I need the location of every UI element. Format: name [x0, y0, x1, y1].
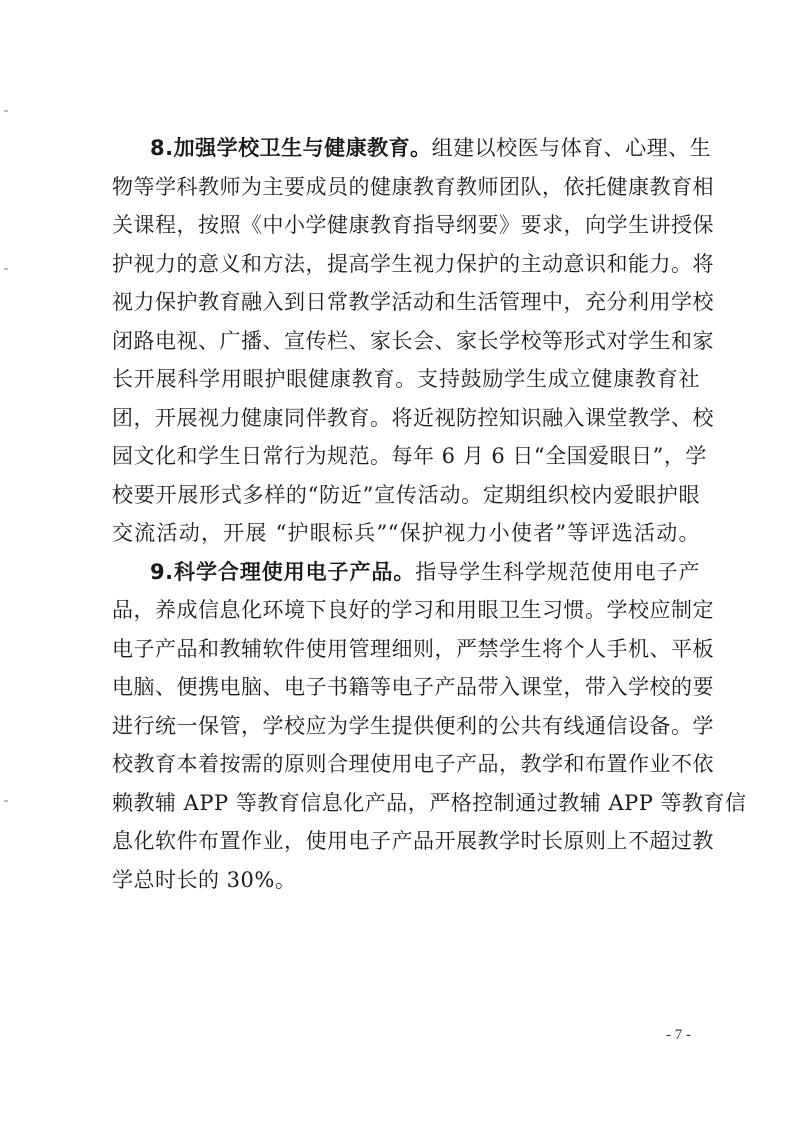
- paragraph-text: 指导学生科学规范使用电子产: [415, 560, 700, 584]
- section-heading: 9.科学合理使用电子产品。: [150, 560, 415, 584]
- page-number: - 7 -: [666, 1027, 691, 1044]
- paragraph-line: 息化软件布置作业，使用电子产品开展教学时长原则上不超过教: [112, 826, 700, 856]
- paragraph-line: 电脑、便携电脑、电子书籍等电子产品带入课堂，带入学校的要: [112, 672, 700, 702]
- paragraph-line: 园文化和学生日常行为规范。每年 6 月 6 日“全国爱眼日”，学: [112, 441, 700, 471]
- paragraph-line: 进行统一保管，学校应为学生提供便利的公共有线通信设备。学: [112, 711, 700, 741]
- document-page: 8.加强学校卫生与健康教育。组建以校医与体育、心理、生 物等学科教师为主要成员的…: [0, 0, 793, 1122]
- paragraph-text: 组建以校医与体育、心理、生: [432, 136, 712, 160]
- paragraph-line: 校教育本着按需的原则合理使用电子产品，教学和布置作业不依: [112, 749, 700, 779]
- paragraph-line: 护视力的意义和方法，提高学生视力保护的主动意识和能力。将: [112, 249, 700, 279]
- paragraph-line: 电子产品和教辅软件使用管理细则，严禁学生将个人手机、平板: [112, 634, 700, 664]
- paragraph-line: 品，养成信息化环境下良好的学习和用眼卫生习惯。学校应制定: [112, 595, 700, 625]
- scan-edge-mark: [4, 110, 8, 112]
- scan-edge-mark: [4, 268, 8, 270]
- paragraph-line: 8.加强学校卫生与健康教育。组建以校医与体育、心理、生: [150, 133, 700, 163]
- paragraph-line: 物等学科教师为主要成员的健康教育教师团队，依托健康教育相: [112, 172, 700, 202]
- scan-edge-mark: [4, 800, 8, 802]
- paragraph-line: 校要开展形式多样的“防近”宣传活动。定期组织校内爱眼护眼: [112, 480, 700, 510]
- paragraph-line: 赖教辅 APP 等教育信息化产品，严格控制通过教辅 APP 等教育信: [112, 788, 700, 818]
- section-heading: 8.加强学校卫生与健康教育。: [150, 136, 432, 160]
- paragraph-line: 关课程，按照《中小学健康教育指导纲要》要求，向学生讲授保: [112, 210, 700, 240]
- paragraph-line: 交流活动，开展 “护眼标兵”“保护视力小使者”等评选活动。: [112, 518, 700, 548]
- paragraph-line: 视力保护教育融入到日常教学活动和生活管理中，充分利用学校: [112, 287, 700, 317]
- paragraph-line: 学总时长的 30%。: [112, 865, 700, 895]
- paragraph-line: 闭路电视、广播、宣传栏、家长会、家长学校等形式对学生和家: [112, 326, 700, 356]
- paragraph-line: 团，开展视力健康同伴教育。将近视防控知识融入课堂教学、校: [112, 403, 700, 433]
- paragraph-line: 9.科学合理使用电子产品。指导学生科学规范使用电子产: [150, 557, 700, 587]
- paragraph-line: 长开展科学用眼护眼健康教育。支持鼓励学生成立健康教育社: [112, 364, 700, 394]
